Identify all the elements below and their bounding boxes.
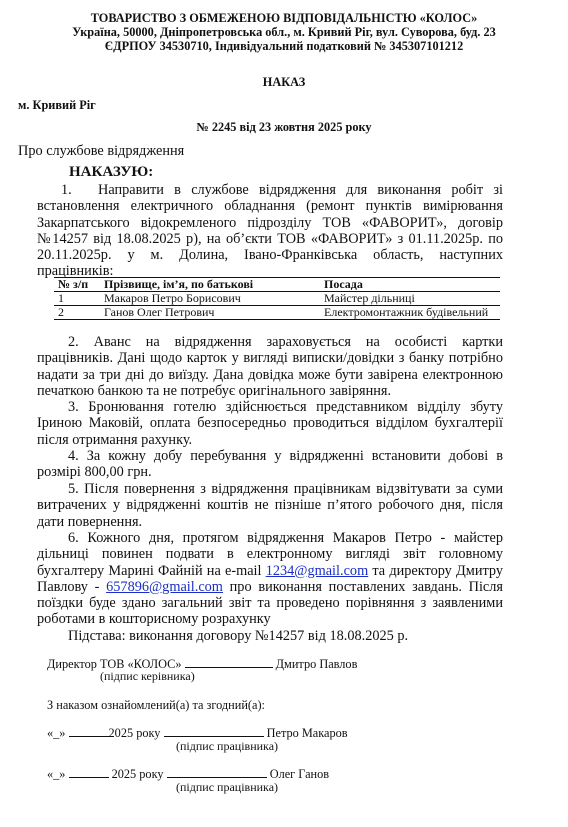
header-name: Прізвище, ім’я, по батькові [100, 278, 320, 292]
employee-signature-field[interactable] [167, 766, 267, 778]
order-number-date: № 2245 від 23 жовтня 2025 року [0, 120, 568, 134]
company-address: Україна, 50000, Дніпропетровська обл., м… [0, 25, 568, 39]
employee-caption: (підпис працівника) [176, 781, 278, 794]
header-number: № з/п [54, 278, 100, 292]
item-5: 5. Після повернення з відрядження праців… [37, 481, 503, 530]
order-subject: Про службове відрядження [18, 143, 184, 159]
order-basis: Підстава: виконання договору №14257 від … [68, 628, 408, 644]
item-3: 3. Бронювання готелю здійснюється предст… [37, 399, 503, 448]
cell-position: Електромонтажник будівельний [320, 306, 500, 320]
cell-name: Макаров Петро Борисович [100, 292, 320, 306]
employee-signature-line: «_» 2025 року Олег Ганов [47, 766, 329, 781]
employee-signature-field[interactable] [164, 725, 264, 737]
date-day-field[interactable]: «_» [47, 726, 65, 740]
item-1: 1.Направити в службове відрядження для в… [37, 182, 503, 280]
employee-signature-line: «_» 2025 року Петро Макаров [47, 725, 348, 740]
table-row: 1 Макаров Петро Борисович Майстер дільни… [54, 292, 500, 306]
employee-name: Олег Ганов [270, 767, 329, 781]
director-name: Дмитро Павлов [276, 657, 358, 671]
date-month-field[interactable] [69, 725, 109, 737]
table-row: 2 Ганов Олег Петрович Електромонтажник б… [54, 306, 500, 320]
acknowledge-text: З наказом ознайомлений(а) та згодний(а): [47, 698, 265, 712]
order-city: м. Кривий Ріг [18, 98, 96, 112]
director-signature-field[interactable] [185, 656, 273, 668]
date-year: 2025 року [112, 767, 164, 781]
item-4: 4. За кожну добу перебування у відряджен… [37, 448, 503, 481]
order-title: НАКАЗ [0, 75, 568, 89]
item-2: 2. Аванс на відрядження зараховується на… [37, 334, 503, 399]
cell-number: 2 [54, 306, 100, 320]
date-day-field[interactable]: «_» [47, 767, 65, 781]
cell-number: 1 [54, 292, 100, 306]
employee-name: Петро Макаров [267, 726, 348, 740]
cell-name: Ганов Олег Петрович [100, 306, 320, 320]
email-link-director[interactable]: 657896@gmail.com [106, 579, 223, 595]
item-1-number: 1. [61, 182, 98, 198]
table-header-row: № з/п Прізвище, ім’я, по батькові Посада [54, 278, 500, 292]
company-ids: ЄДРПОУ 34530710, Індивідуальний податков… [0, 39, 568, 53]
director-signature-line: Директор ТОВ «КОЛОС» Дмитро Павлов [47, 656, 357, 671]
company-name: ТОВАРИСТВО З ОБМЕЖЕНОЮ ВІДПОВІДАЛЬНІСТЮ … [0, 11, 568, 25]
director-caption: (підпис керівника) [100, 670, 195, 683]
staff-table: № з/п Прізвище, ім’я, по батькові Посада… [54, 277, 500, 320]
employee-caption: (підпис працівника) [176, 740, 278, 753]
item-6: 6. Кожного дня, протягом відрядження Мак… [37, 530, 503, 628]
date-month-field[interactable] [69, 766, 109, 778]
item-1-text: Направити в службове відрядження для вик… [37, 182, 503, 279]
date-year: 2025 року [109, 726, 161, 740]
cell-position: Майстер дільниці [320, 292, 500, 306]
email-link-accountant[interactable]: 1234@gmail.com [266, 563, 369, 579]
order-directive: НАКАЗУЮ: [69, 164, 153, 181]
header-position: Посада [320, 278, 500, 292]
